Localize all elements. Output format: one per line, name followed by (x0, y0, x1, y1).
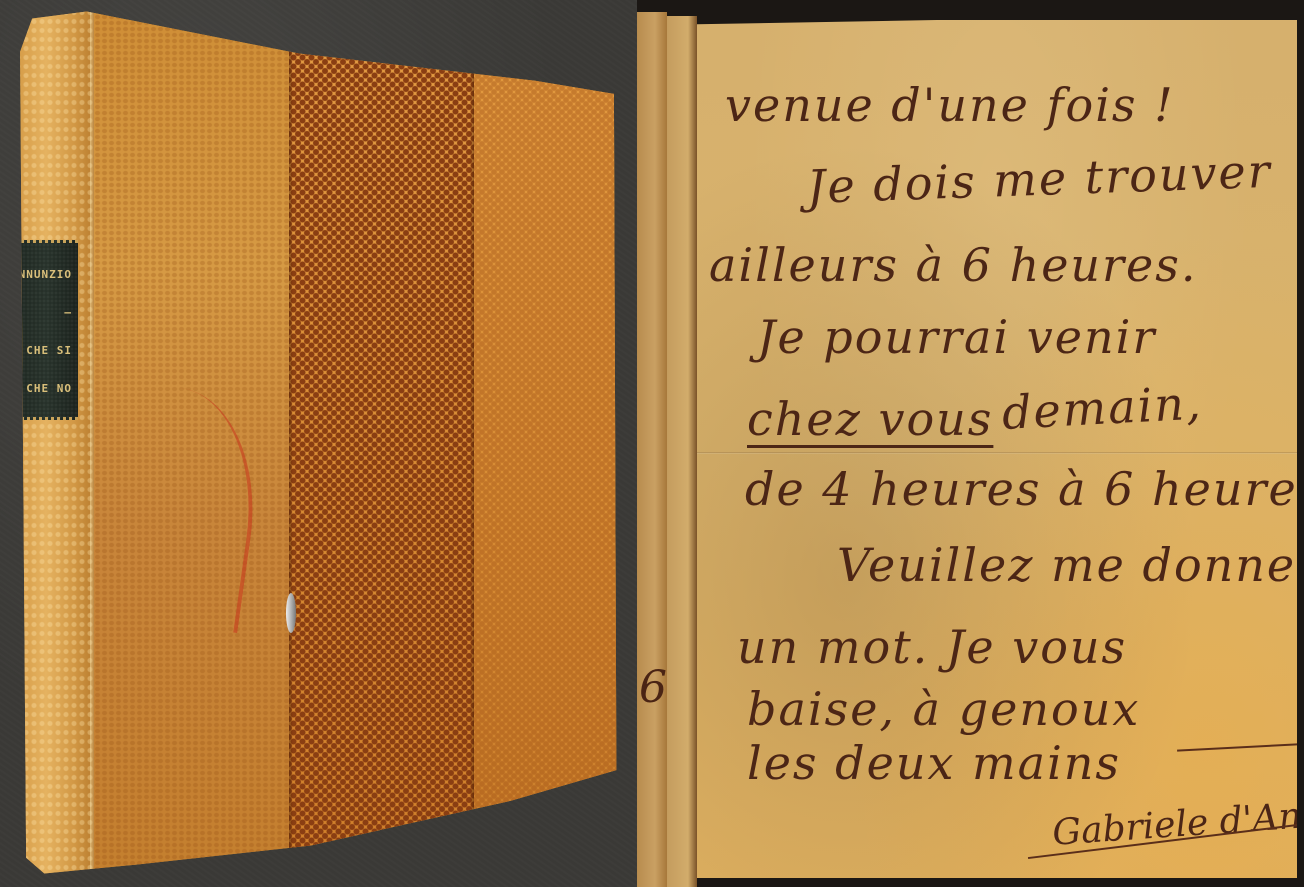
page-gutter: 6 (637, 12, 667, 887)
letter-photo-panel: 6 venue d'une fois ! Je dois me trouver … (637, 0, 1304, 887)
handwritten-text: venue d'une fois ! Je dois me trouver ai… (697, 20, 1297, 878)
front-board-right (474, 8, 620, 884)
leather-tear (286, 593, 296, 633)
lizard-skin-book: NNUNZIO — E CHE SI E CHE NO (14, 8, 620, 884)
closing-flourish (1177, 742, 1304, 751)
letter-line-4: Je pourrai venir (757, 310, 1156, 364)
book-spine: NNUNZIO — E CHE SI E CHE NO (14, 8, 94, 884)
spine-author: NNUNZIO (19, 268, 72, 281)
page-leaf-edge (667, 16, 697, 887)
signature: Gabriele d'Annunzio (1051, 787, 1304, 854)
spine-dash: — (64, 306, 72, 319)
book-photo-panel: NNUNZIO — E CHE SI E CHE NO (0, 0, 637, 887)
letter-line-5-underlined: chez vous (747, 392, 993, 446)
letter-line-9: baise, à genoux (747, 682, 1140, 736)
letter-line-1: venue d'une fois ! (725, 78, 1175, 132)
photo-diptych: NNUNZIO — E CHE SI E CHE NO 6 venue d'un… (0, 0, 1304, 887)
letter-line-5b: demain, (1001, 376, 1204, 440)
letter-line-8: un mot. Je vous (737, 620, 1127, 674)
gutter-ink-mark: 6 (639, 662, 667, 713)
dark-scale-band (289, 8, 474, 884)
spine-title-line-2: E CHE NO (11, 382, 72, 395)
letter-line-10: les deux mains (747, 736, 1121, 790)
spine-title-label: NNUNZIO — E CHE SI E CHE NO (14, 240, 78, 420)
letter-page: venue d'une fois ! Je dois me trouver ai… (697, 20, 1297, 878)
letter-line-7: Veuillez me donner (837, 538, 1304, 592)
spine-title-line-1: E CHE SI (11, 344, 72, 357)
letter-line-3: ailleurs à 6 heures. (709, 238, 1197, 292)
letter-line-6: de 4 heures à 6 heures (745, 462, 1304, 516)
letter-line-2: Je dois me trouver (806, 144, 1272, 214)
